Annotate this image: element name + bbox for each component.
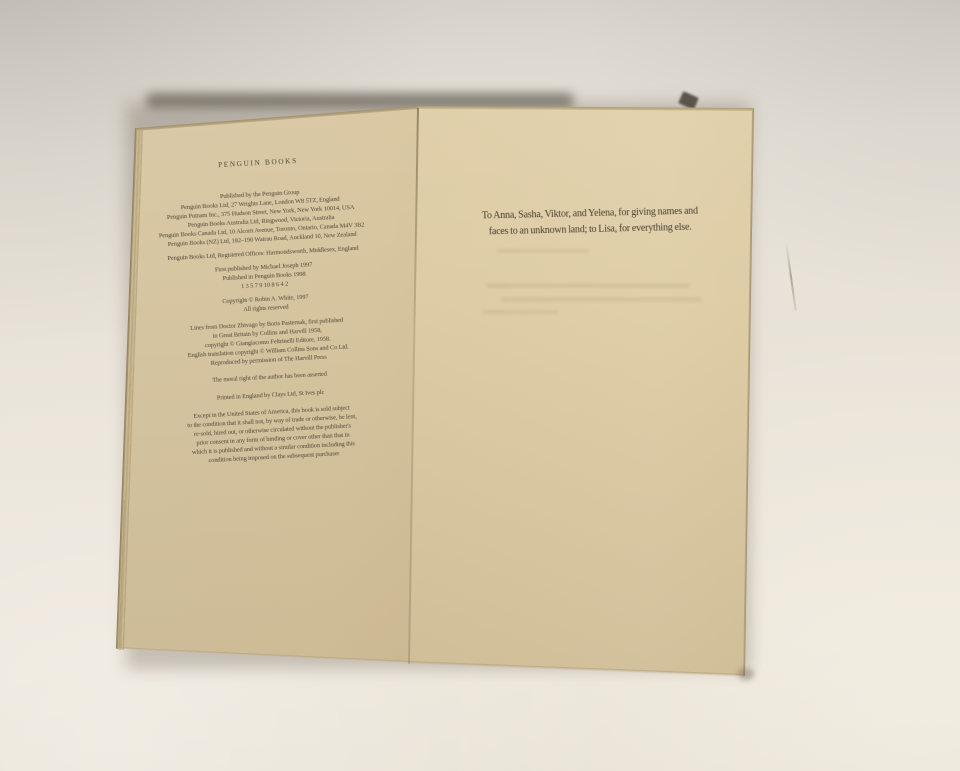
show-through-ghost xyxy=(501,297,701,302)
corner-shadow xyxy=(738,668,754,680)
acknowledgement-block: Lines from Doctor Zhivago by Boris Paste… xyxy=(154,314,382,371)
show-through-ghost xyxy=(497,249,589,253)
moral-right-line: The moral right of the author has been a… xyxy=(157,367,383,388)
copyright-page-text: PENGUIN BOOKS Published by the Penguin G… xyxy=(145,152,387,468)
show-through-ghost xyxy=(483,310,559,314)
publisher-heading: PENGUIN BOOKS xyxy=(145,152,371,174)
surface-scratch xyxy=(785,243,796,311)
sale-condition-block: Except in the United States of America, … xyxy=(158,402,387,468)
moral-right-block: The moral right of the author has been a… xyxy=(157,367,383,388)
imprint-address-block: Published by the Penguin Group Penguin B… xyxy=(147,184,376,250)
show-through-ghost xyxy=(486,283,690,288)
dedication-text: To Anna, Sasha, Viktor, and Yelena, for … xyxy=(450,203,731,240)
book-photograph: PENGUIN BOOKS Published by the Penguin G… xyxy=(0,0,960,771)
